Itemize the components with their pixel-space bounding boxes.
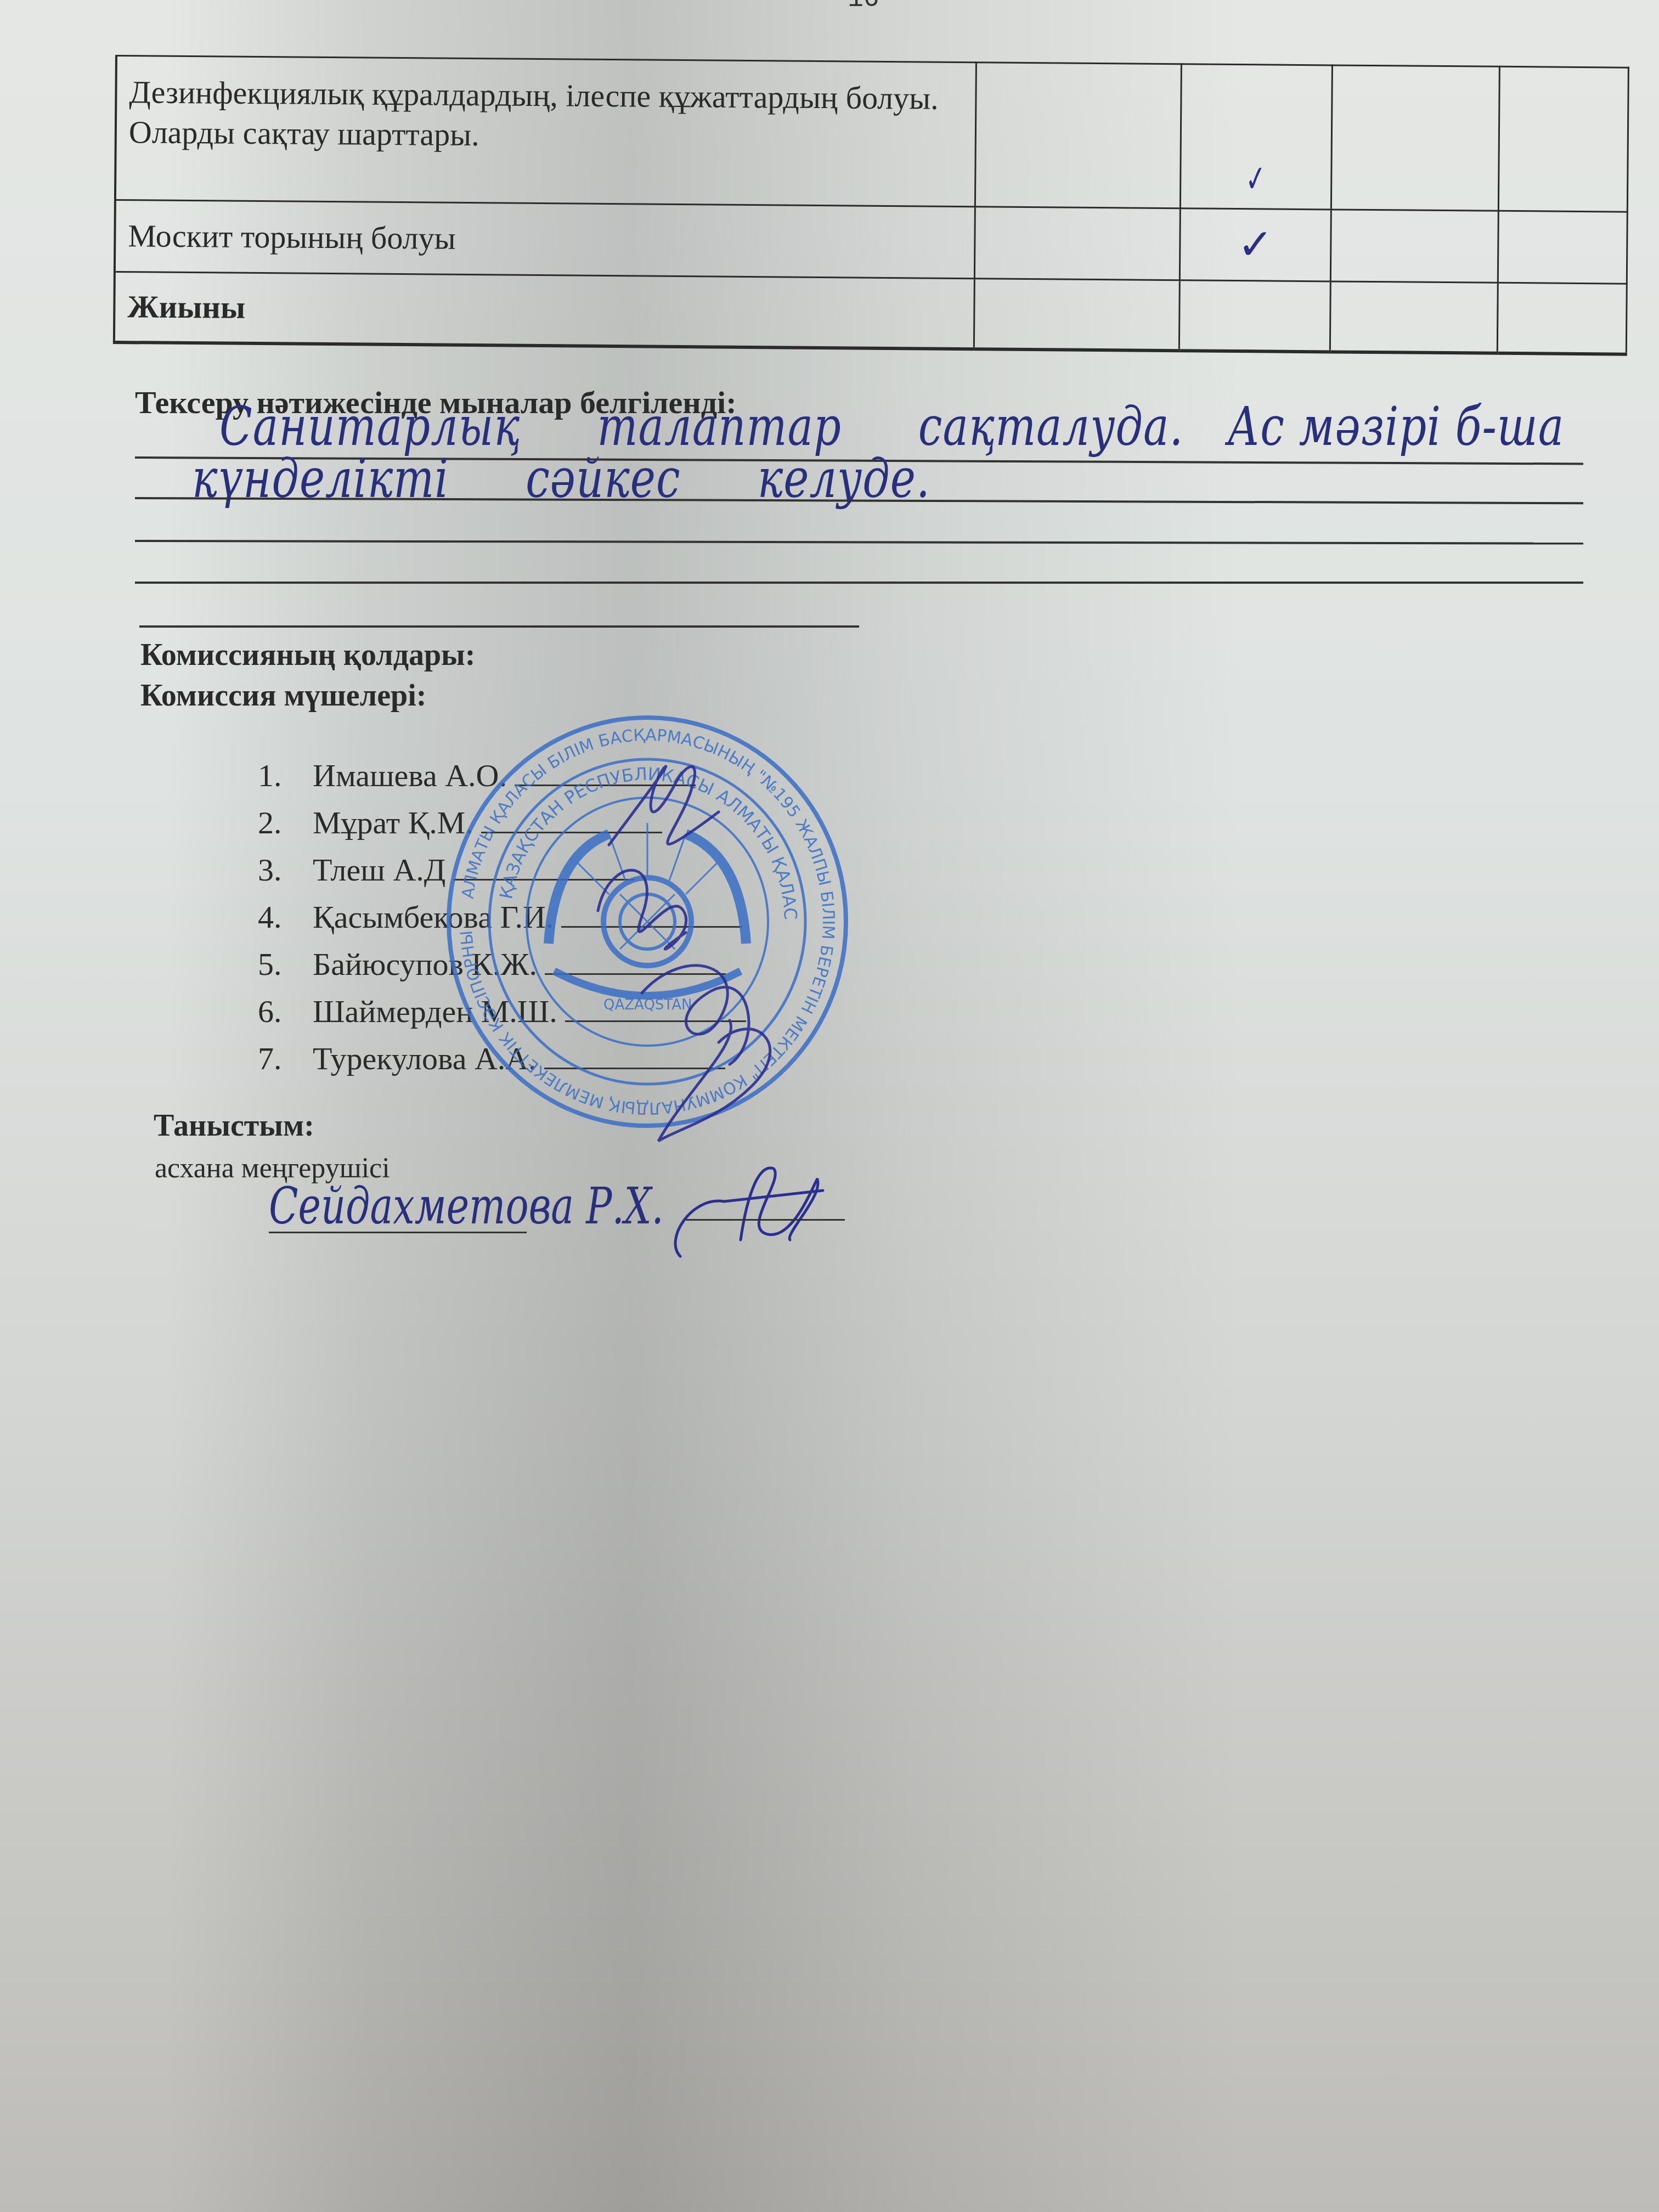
writing-line-short xyxy=(139,625,859,628)
table-row: Дезинфекциялық құралдардың, ілеспе құжат… xyxy=(115,56,1628,212)
member-number: 7. xyxy=(258,1040,313,1077)
member-number: 2. xyxy=(258,804,313,841)
acknowledgement-title: Таныстым: xyxy=(154,1108,314,1143)
mark-cell xyxy=(975,63,1181,208)
total-label: Жиыны xyxy=(114,272,974,349)
criterion-cell: Москит торының болуы xyxy=(115,200,975,279)
manager-signature xyxy=(658,1158,856,1262)
writing-line xyxy=(135,540,1583,545)
member-number: 5. xyxy=(258,946,313,983)
mark-cell xyxy=(1331,65,1500,211)
signature-line xyxy=(269,1232,527,1233)
commission-members-title: Комиссия мүшелері: xyxy=(140,678,426,713)
hw-word: күнделікті xyxy=(192,449,449,511)
commission-signatures-title: Комиссияның қолдары: xyxy=(140,637,475,673)
check-mark-icon: ✓ xyxy=(1244,155,1268,203)
member-number: 3. xyxy=(258,851,313,888)
member-number: 6. xyxy=(258,993,313,1030)
manager-handwritten-name: Сейдахметова Р.Х. xyxy=(269,1177,664,1235)
mark-cell xyxy=(974,207,1180,280)
mark-cell xyxy=(1179,280,1330,352)
mark-cell xyxy=(1497,283,1627,354)
mark-cell xyxy=(1330,281,1498,353)
mark-cell xyxy=(974,279,1180,351)
mark-cell: ✓ xyxy=(1180,208,1331,281)
mark-cell: ✓ xyxy=(1180,64,1333,210)
page-number: 16 xyxy=(848,0,879,14)
criterion-cell: Дезинфекциялық құралдардың, ілеспе құжат… xyxy=(115,56,976,207)
mark-cell xyxy=(1498,211,1627,284)
hw-word: сақталуда. xyxy=(918,397,1183,459)
mark-cell xyxy=(1498,66,1628,212)
member-number: 1. xyxy=(258,757,313,794)
inspection-table: Дезинфекциялық құралдардың, ілеспе құжат… xyxy=(113,55,1629,356)
check-mark-icon: ✓ xyxy=(1237,218,1273,272)
table-row: Москит торының болуы ✓ xyxy=(115,200,1627,284)
mark-cell xyxy=(1330,210,1498,283)
signature-line xyxy=(686,1219,845,1221)
member-number: 4. xyxy=(258,899,313,935)
table-row-total: Жиыны xyxy=(114,272,1627,354)
hw-word: Ас мәзірі б-ша xyxy=(1227,397,1564,459)
commission-signatures xyxy=(576,735,806,1152)
member-name: Тлеш А.Д xyxy=(313,851,445,888)
writing-line xyxy=(135,582,1583,584)
